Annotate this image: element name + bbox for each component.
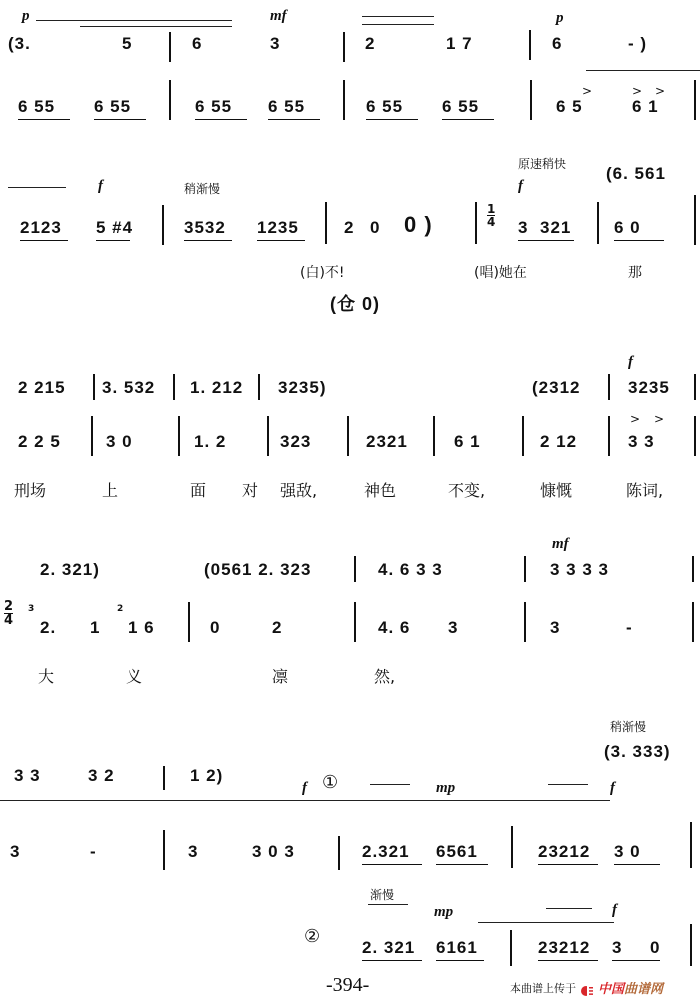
tempo-marking: 稍渐慢 bbox=[184, 180, 220, 197]
barline bbox=[522, 416, 524, 456]
underline bbox=[612, 960, 660, 961]
note: 6 55 bbox=[195, 97, 232, 117]
note: 1. 212 bbox=[190, 378, 243, 398]
barline bbox=[694, 374, 696, 400]
lyric: 神色 bbox=[364, 478, 396, 501]
dynamic-mp: mp bbox=[436, 780, 455, 797]
barline bbox=[338, 836, 340, 870]
note: 3 bbox=[518, 218, 528, 238]
note: 3 0 bbox=[106, 432, 133, 452]
barline bbox=[343, 80, 345, 120]
phrase-line bbox=[478, 922, 614, 923]
underline bbox=[20, 240, 68, 241]
note: 6 55 bbox=[268, 97, 305, 117]
barline bbox=[188, 602, 190, 642]
barline bbox=[692, 556, 694, 582]
note: 3235) bbox=[278, 378, 326, 398]
note: 0 bbox=[370, 218, 380, 238]
note: 6 bbox=[192, 34, 202, 54]
barline bbox=[169, 80, 171, 120]
note: 23212 bbox=[538, 938, 590, 958]
note: - ) bbox=[628, 34, 647, 54]
barline bbox=[173, 374, 175, 400]
note: 3 2 bbox=[88, 766, 115, 786]
note: 6 5 bbox=[556, 97, 583, 117]
dynamic-f: f bbox=[302, 780, 307, 797]
underline bbox=[94, 119, 146, 120]
dynamic-f: f bbox=[612, 902, 617, 919]
note: 2321 bbox=[366, 432, 408, 452]
note: 3 bbox=[10, 842, 20, 862]
note: 6 55 bbox=[366, 97, 403, 117]
dynamic-mf: mf bbox=[270, 8, 287, 25]
note: 3 bbox=[270, 34, 280, 54]
underline bbox=[18, 119, 70, 120]
lyric: 大 bbox=[38, 664, 54, 687]
grace-note: 2 bbox=[117, 604, 123, 614]
time-signature: 1 4 bbox=[487, 203, 495, 228]
note: 2 bbox=[272, 618, 282, 638]
note: - bbox=[90, 842, 97, 862]
note: 2 215 bbox=[18, 378, 66, 398]
barline bbox=[163, 766, 165, 790]
upload-credit: 本曲谱上传于 bbox=[510, 980, 576, 996]
note: 3 bbox=[612, 938, 622, 958]
note: 1 6 bbox=[128, 618, 155, 638]
decrescendo-hairpin-lower bbox=[362, 24, 434, 25]
barline bbox=[343, 32, 345, 62]
brand-name-part2: 曲谱网 bbox=[624, 978, 663, 997]
note: 4. 6 3 3 bbox=[378, 560, 443, 580]
underline bbox=[257, 240, 305, 241]
note: 2 2 5 bbox=[18, 432, 61, 452]
lyric: 慷慨 bbox=[540, 478, 572, 501]
note: 3. 532 bbox=[102, 378, 155, 398]
note: 6561 bbox=[436, 842, 478, 862]
barline bbox=[91, 416, 93, 456]
underline bbox=[436, 864, 488, 865]
dynamic-mf: mf bbox=[552, 536, 569, 553]
accent-mark: > bbox=[655, 84, 665, 98]
note: 3 bbox=[188, 842, 198, 862]
underline bbox=[366, 119, 418, 120]
lyric-sung: (唱)她在 bbox=[474, 262, 527, 282]
note: 1. 2 bbox=[194, 432, 226, 452]
barline bbox=[694, 80, 696, 120]
underline bbox=[268, 119, 320, 120]
underline bbox=[362, 864, 422, 865]
note: 0 bbox=[650, 938, 660, 958]
barline bbox=[258, 374, 260, 400]
barline bbox=[162, 205, 164, 245]
barline bbox=[267, 416, 269, 456]
accent-mark: > bbox=[654, 412, 664, 426]
underline bbox=[614, 864, 660, 865]
note: 3235 bbox=[628, 378, 670, 398]
dynamic-p-2: p bbox=[556, 10, 564, 27]
accent-mark: > bbox=[632, 84, 642, 98]
barline bbox=[178, 416, 180, 456]
barline bbox=[354, 602, 356, 642]
page-number: -394- bbox=[326, 974, 369, 997]
lyric: 刑场 bbox=[14, 478, 46, 501]
barline bbox=[163, 830, 165, 870]
note: 0 bbox=[210, 618, 220, 638]
barline bbox=[93, 374, 95, 400]
note: 2.321 bbox=[362, 842, 410, 862]
lyric: 上 bbox=[102, 478, 118, 501]
brand-name-part1: 中国 bbox=[598, 978, 624, 997]
lyric-spoken: (白)不! bbox=[300, 262, 345, 282]
note: 3 3 bbox=[628, 432, 655, 452]
note: 23212 bbox=[538, 842, 590, 862]
hairpin-end bbox=[8, 187, 66, 188]
barline bbox=[529, 30, 531, 60]
lyric: 对 bbox=[242, 478, 258, 501]
lyric: 面 bbox=[190, 478, 206, 501]
dynamic-f: f bbox=[98, 178, 103, 195]
note: 2. 321) bbox=[40, 560, 100, 580]
time-signature: 2 4 bbox=[4, 600, 13, 627]
note: (3. 333) bbox=[604, 742, 671, 762]
note: 2 12 bbox=[540, 432, 577, 452]
lyric: 然, bbox=[374, 664, 395, 687]
note: 3 3 bbox=[14, 766, 41, 786]
note: 3532 bbox=[184, 218, 226, 238]
percussion-notation: (仓 0) bbox=[330, 290, 380, 316]
note: (2312 bbox=[532, 378, 580, 398]
underline bbox=[614, 240, 664, 241]
note: 323 bbox=[280, 432, 311, 452]
crescendo-hairpin-lower bbox=[80, 26, 232, 27]
barline bbox=[524, 556, 526, 582]
note: 2 bbox=[365, 34, 375, 54]
dynamic-p: p bbox=[22, 8, 30, 25]
underline bbox=[362, 960, 422, 961]
note: 2 bbox=[344, 218, 354, 238]
underline bbox=[96, 240, 130, 241]
note: 3 0 bbox=[614, 842, 641, 862]
underline bbox=[442, 119, 494, 120]
barline bbox=[169, 32, 171, 62]
watermark: 本曲谱上传于 中国曲谱网 bbox=[510, 978, 663, 997]
dynamic-f: f bbox=[518, 178, 523, 195]
lyric: 凛 bbox=[272, 664, 288, 687]
note: 6 1 bbox=[454, 432, 481, 452]
barline bbox=[597, 202, 599, 244]
lyric: 那 bbox=[628, 262, 642, 282]
note: 1 7 bbox=[446, 34, 473, 54]
note: 6 55 bbox=[94, 97, 131, 117]
barline bbox=[511, 826, 513, 868]
note: 2123 bbox=[20, 218, 62, 238]
barline bbox=[530, 80, 532, 120]
second-ending-marker: ② bbox=[304, 926, 320, 947]
barline bbox=[694, 416, 696, 456]
note: 6 bbox=[552, 34, 562, 54]
note: (6. 561 bbox=[606, 164, 666, 184]
note: 3 bbox=[550, 618, 560, 638]
underline bbox=[518, 240, 574, 241]
note: 2. bbox=[40, 618, 56, 638]
note: 6 55 bbox=[442, 97, 479, 117]
note: 6 1 bbox=[632, 97, 659, 117]
note: 1235 bbox=[257, 218, 299, 238]
barline bbox=[694, 195, 696, 245]
barline bbox=[347, 416, 349, 456]
lyric: 陈词, bbox=[626, 478, 663, 501]
underline bbox=[436, 960, 484, 961]
underline bbox=[195, 119, 247, 120]
note: (3. bbox=[8, 34, 31, 54]
barline bbox=[690, 924, 692, 966]
lyric: 不变, bbox=[448, 478, 485, 501]
decrescendo-hairpin bbox=[368, 904, 408, 905]
barline bbox=[692, 602, 694, 642]
lyric: 义 bbox=[126, 664, 142, 687]
note: 5 bbox=[122, 34, 132, 54]
note: 5 #4 bbox=[96, 218, 133, 238]
note: 3 bbox=[448, 618, 458, 638]
barline bbox=[325, 202, 327, 244]
crescendo-hairpin bbox=[36, 20, 232, 21]
note: (0561 2. 323 bbox=[204, 560, 311, 580]
ce-logo-icon bbox=[580, 982, 594, 994]
note: 6 0 bbox=[614, 218, 641, 238]
underline bbox=[538, 960, 598, 961]
dynamic-mp: mp bbox=[434, 904, 453, 921]
accent-mark: > bbox=[582, 84, 592, 98]
tempo-marking: 原速稍快 bbox=[518, 155, 566, 172]
note: 1 bbox=[90, 618, 100, 638]
dynamic-f: f bbox=[628, 354, 633, 371]
grace-note: 3 bbox=[28, 604, 34, 614]
dynamic-f: f bbox=[610, 780, 615, 797]
tempo-marking: 渐慢 bbox=[370, 886, 394, 903]
barline bbox=[510, 930, 512, 966]
barline bbox=[608, 374, 610, 400]
decrescendo-hairpin bbox=[370, 784, 410, 785]
underline bbox=[538, 864, 598, 865]
barline bbox=[690, 822, 692, 868]
underline bbox=[184, 240, 232, 241]
tempo-marking: 稍渐慢 bbox=[610, 718, 646, 735]
crescendo-hairpin bbox=[546, 908, 592, 909]
note: 3 0 3 bbox=[252, 842, 295, 862]
note: 4. 6 bbox=[378, 618, 410, 638]
note: 3 3 3 3 bbox=[550, 560, 609, 580]
first-ending-marker: ① bbox=[322, 772, 338, 793]
note: 6 55 bbox=[18, 97, 55, 117]
crescendo-hairpin bbox=[586, 70, 700, 71]
barline bbox=[475, 202, 477, 244]
barline bbox=[524, 602, 526, 642]
accent-mark: > bbox=[630, 412, 640, 426]
barline bbox=[608, 416, 610, 456]
note: 0 ) bbox=[404, 212, 433, 238]
phrase-line bbox=[0, 800, 610, 801]
barline bbox=[354, 556, 356, 582]
note: 6161 bbox=[436, 938, 478, 958]
barline bbox=[433, 416, 435, 456]
lyric: 强敌, bbox=[280, 478, 317, 501]
decrescendo-hairpin bbox=[362, 16, 434, 17]
crescendo-hairpin bbox=[548, 784, 588, 785]
note: 2. 321 bbox=[362, 938, 415, 958]
note: - bbox=[626, 618, 633, 638]
note: 1 2) bbox=[190, 766, 223, 786]
note: 321 bbox=[540, 218, 571, 238]
